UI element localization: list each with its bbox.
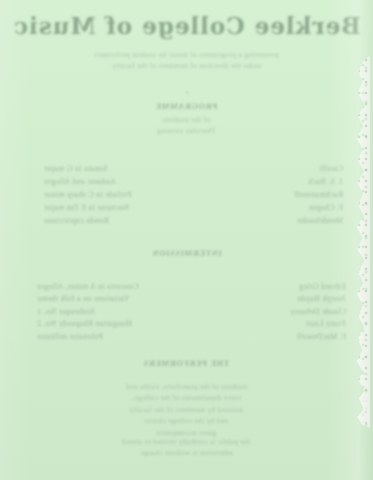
composer-bleed: Corelli xyxy=(319,164,343,173)
composer-bleed: Joseph Haydn xyxy=(297,294,346,303)
piece-title-bleed: Hungarian Rhapsody No. 2 xyxy=(37,319,132,328)
paragraph-line: voice departments of the college, xyxy=(132,392,241,403)
piece-title-bleed: Polonaise militaire xyxy=(37,332,103,341)
bleed-subtitle-2-text: under the direction of members of the fa… xyxy=(112,61,262,70)
piece-title-bleed: Andante and Allegro xyxy=(44,177,116,186)
bleed-title-block: Berklee College of Music xyxy=(0,13,373,40)
piece-title-bleed: Nocturne in E flat major xyxy=(44,203,129,212)
piece-title-bleed: Arabesque No. 1 xyxy=(37,307,95,316)
bleed-ornament: * xyxy=(0,90,373,98)
program-row: Sonata in G major Corelli xyxy=(44,164,343,177)
bleed-section-a: Sonata in G major Corelli Andante and Al… xyxy=(0,164,373,229)
scanned-page: Berklee College of Music presenting a pr… xyxy=(0,0,373,480)
program-row: Concerto in A minor, Allegro Edvard Grie… xyxy=(37,282,346,294)
program-row: Arabesque No. 1 Claude Debussy xyxy=(37,307,346,319)
bleed-footer: the public is cordially invited to atten… xyxy=(0,436,373,458)
mid-heading-text: INTERMISSION xyxy=(152,249,222,258)
bleed-bottom-heading: THE PERFORMERS xyxy=(0,359,373,368)
piece-title-bleed: Variations on a folk theme xyxy=(37,294,129,303)
piece-title-bleed: Rondo capriccioso xyxy=(44,216,109,225)
program-row: Nocturne in E flat major F. Chopin xyxy=(44,203,343,216)
piece-title-bleed: Sonata in G major xyxy=(44,164,108,173)
bleed-subtitle-1: presenting a programme of music by stude… xyxy=(0,50,373,59)
composer-bleed: F. Chopin xyxy=(309,203,343,212)
composer-bleed: J. S. Bach xyxy=(308,177,343,186)
program-row: Hungarian Rhapsody No. 2 Franz Liszt xyxy=(37,319,346,331)
program-heading-text: PROGRAMME xyxy=(155,102,217,111)
program-row: Andante and Allegro J. S. Bach xyxy=(44,177,343,190)
bleed-program-line3: Thursday evening xyxy=(0,126,373,135)
bleed-program-heading: PROGRAMME xyxy=(0,102,373,111)
bottom-heading-text: THE PERFORMERS xyxy=(143,359,229,368)
paragraph-line: students of the pianoforte, violin and xyxy=(126,381,248,392)
paragraph-line: and by the college chorus xyxy=(144,415,228,426)
composer-bleed: Edvard Grieg xyxy=(299,282,346,291)
bleed-title: Berklee College of Music xyxy=(13,13,361,40)
composer-bleed: Franz Liszt xyxy=(306,319,346,328)
program-row: Variations on a folk theme Joseph Haydn xyxy=(37,294,346,306)
bleed-program-line2: of the students xyxy=(0,115,373,124)
piece-title-bleed: Concerto in A minor, Allegro xyxy=(37,282,139,291)
bleed-subtitle-2: under the direction of members of the fa… xyxy=(0,61,373,70)
program-line2-text: of the students xyxy=(162,115,210,124)
bleed-subtitle-1-text: presenting a programme of music by stude… xyxy=(94,50,278,59)
program-row: Polonaise militaire F. MacDowell xyxy=(37,332,346,344)
piece-title-bleed: Prelude in C sharp minor xyxy=(44,190,132,199)
composer-bleed: Rachmaninoff xyxy=(294,190,343,199)
footer-line: the public is cordially invited to atten… xyxy=(122,436,250,447)
bleed-section-b: Concerto in A minor, Allegro Edvard Grie… xyxy=(0,282,373,344)
ornament-mark: * xyxy=(185,90,189,98)
torn-perforation-edge xyxy=(356,56,370,428)
composer-bleed: Claude Debussy xyxy=(290,307,346,316)
composer-bleed: F. MacDowell xyxy=(297,332,346,341)
paragraph-line: assisted by members of the faculty xyxy=(129,404,243,415)
footer-line: admission is without charge xyxy=(141,447,233,458)
program-line3-text: Thursday evening xyxy=(157,126,216,135)
composer-bleed: Mendelssohn xyxy=(297,216,343,225)
program-row: Rondo capriccioso Mendelssohn xyxy=(44,216,343,229)
bleed-mid-heading: INTERMISSION xyxy=(0,249,373,258)
program-row: Prelude in C sharp minor Rachmaninoff xyxy=(44,190,343,203)
bleed-paragraph: students of the pianoforte, violin and v… xyxy=(0,381,373,438)
